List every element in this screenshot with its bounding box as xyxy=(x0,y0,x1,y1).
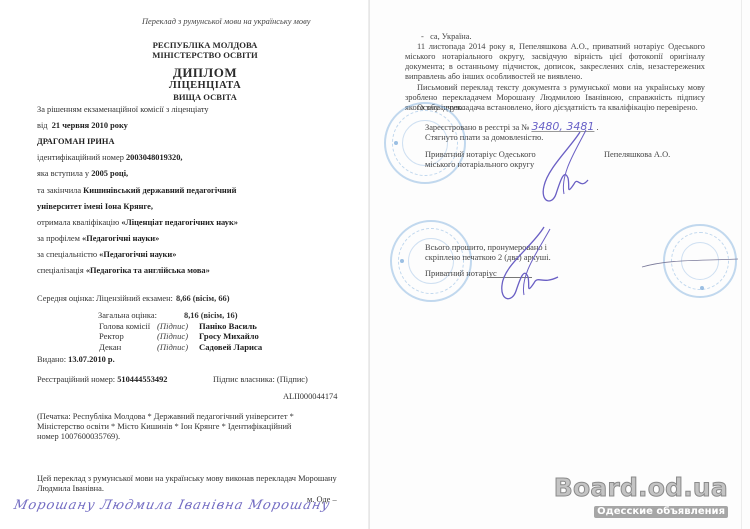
watermark-tagline: Одесские объявления xyxy=(594,506,728,518)
translator-handwritten-signature: Морошану Людмила Іванівна Морошану xyxy=(12,498,331,513)
stamp-dot xyxy=(394,141,398,145)
id-number-label: ідентифікаційний номер xyxy=(37,153,124,162)
signatory-row: Голова комісії (Підпис) Паніко Василь xyxy=(99,321,262,331)
seal-description-2: Міністерство освіти * Місто Кишинів * Іо… xyxy=(37,422,291,432)
board-od-ua-watermark: Board.od.ua Одесские объявления xyxy=(554,475,728,519)
stamp-dot xyxy=(400,259,404,263)
fee-line: Стягнуто плати за домовленістю. xyxy=(425,133,543,143)
signatory-role: Голова комісії xyxy=(99,321,157,331)
profile-value: «Педагогічні науки» xyxy=(82,234,159,243)
signatory-row: Декан (Підпис) Садовей Лариса xyxy=(99,342,262,352)
specialty-line: за спеціальністю «Педагогічні науки» xyxy=(37,250,176,260)
diploma-title: ДИПЛОМ xyxy=(120,65,290,81)
average-grade-label: Середня оцінка: xyxy=(37,294,94,304)
university-name-1: Кишинівський державний педагогічний xyxy=(83,186,236,195)
date-line: від 21 червня 2010 року xyxy=(37,121,128,131)
commission-line: За рішенням екзаменаційної комісії з ліц… xyxy=(37,105,209,115)
profile-label: за профілем xyxy=(37,234,80,243)
qualification-line: отримала кваліфікацію «Ліценціат педагог… xyxy=(37,218,238,228)
id-number-value: 2003048019320, xyxy=(126,153,183,162)
entered-line: яка вступила у 2005 році, xyxy=(37,169,128,179)
signatory-name: Паніко Василь xyxy=(199,321,257,331)
stamp-stroke xyxy=(640,255,740,271)
entered-label: яка вступила у xyxy=(37,169,89,178)
specialization-line: спеціалізація «Педагогіка та англійська … xyxy=(37,266,210,276)
notary-signature-1 xyxy=(530,128,600,208)
notary-seal-stamp xyxy=(384,102,466,184)
issued-line: Видано: 13.07.2010 р. xyxy=(37,355,115,365)
notary-title-2: міського нотаріального округу xyxy=(425,160,534,170)
diploma-translation-page: Переклад з румунської мови на українську… xyxy=(0,0,370,529)
registry-label: Зареєстровано в реєстрі за № xyxy=(425,123,529,132)
qualification-label: отримала кваліфікацію xyxy=(37,218,119,227)
overall-grade-value: 8,16 (вісім, 16) xyxy=(184,311,238,321)
country-text: са, Україна. xyxy=(430,32,472,41)
page-edge xyxy=(741,0,742,529)
signature-mark: (Підпис) xyxy=(157,331,199,341)
registration-number: 510444553492 xyxy=(117,375,167,384)
signature-mark: (Підпис) xyxy=(157,342,199,352)
watermark-logo-text: Board.od.ua xyxy=(554,475,728,501)
specialization-label: спеціалізація xyxy=(37,266,84,275)
notary-paragraph: 11 листопада 2014 року я, Пепеляшкова А.… xyxy=(405,42,705,82)
university-name-2: університет імені Іона Крянге, xyxy=(37,202,153,212)
owner-signature: Підпис власника: (Підпис) xyxy=(213,375,308,385)
finished-label: та закінчила xyxy=(37,186,81,195)
notary-signature-2 xyxy=(482,225,562,305)
notary-name: Пепеляшкова А.О. xyxy=(604,150,670,160)
ministry-heading: МІНІСТЕРСТВО ОСВІТИ xyxy=(120,50,290,60)
translator-statement-1: Цей переклад з румунської мови на україн… xyxy=(37,474,337,484)
licentiate-subtitle: ЛІЦЕНЦІАТА xyxy=(120,80,290,91)
stamp-dot xyxy=(700,286,704,290)
specialization-value: «Педагогіка та англійська мова» xyxy=(86,266,210,275)
registration-line: Реєстраційний номер: 510444553492 xyxy=(37,375,167,385)
qualification-value: «Ліценціат педагогічних наук» xyxy=(121,218,238,227)
date-prefix: від xyxy=(37,121,48,130)
diploma-serial: ALII000044174 xyxy=(283,392,337,402)
signatory-name: Гросу Михайло xyxy=(199,331,259,341)
notary-title-1: Приватний нотаріус Одеського xyxy=(425,150,536,160)
signatory-name: Садовей Лариса xyxy=(199,342,262,352)
specialty-value: «Педагогічні науки» xyxy=(99,250,176,259)
graduation-date: 21 червня 2010 року xyxy=(52,121,128,130)
entered-year: 2005 році, xyxy=(91,169,128,178)
seal-description-3: номер 1007600035769). xyxy=(37,432,120,442)
profile-line: за профілем «Педагогічні науки» xyxy=(37,234,159,244)
signatory-row: Ректор (Підпис) Гросу Михайло xyxy=(99,331,262,341)
country-line: - са, Україна. xyxy=(421,32,472,42)
graduate-name: ДРАГОМАН ІРИНА xyxy=(37,137,115,147)
overall-grade-label: Загальна оцінка: xyxy=(98,311,157,321)
signatory-role: Ректор xyxy=(99,331,157,341)
translation-header-note: Переклад з румунської мови на українську… xyxy=(142,17,310,27)
seal-description-1: (Печатка: Республіка Молдова * Державний… xyxy=(37,412,294,422)
higher-education-subtitle: ВИЩА ОСВІТА xyxy=(120,92,290,102)
specialty-label: за спеціальністю xyxy=(37,250,97,259)
registration-label: Реєстраційний номер: xyxy=(37,375,115,384)
id-number-line: ідентифікаційний номер 2003048019320, xyxy=(37,153,183,163)
university-line: та закінчила Кишинівський державний педа… xyxy=(37,186,236,196)
signatory-role: Декан xyxy=(99,342,157,352)
issued-date: 13.07.2010 р. xyxy=(68,355,115,364)
exam-grade-value: 8,66 (вісім, 66) xyxy=(176,294,230,304)
translator-statement-2: Людмила Іванівна. xyxy=(37,484,104,494)
signature-mark: (Підпис) xyxy=(157,321,199,331)
exam-grade-label: Ліцензійний екзамен: xyxy=(96,294,173,304)
republic-heading: РЕСПУБЛІКА МОЛДОВА xyxy=(120,40,290,50)
issued-label: Видано: xyxy=(37,355,66,364)
signatories-table: Голова комісії (Підпис) Паніко Василь Ре… xyxy=(99,321,262,352)
